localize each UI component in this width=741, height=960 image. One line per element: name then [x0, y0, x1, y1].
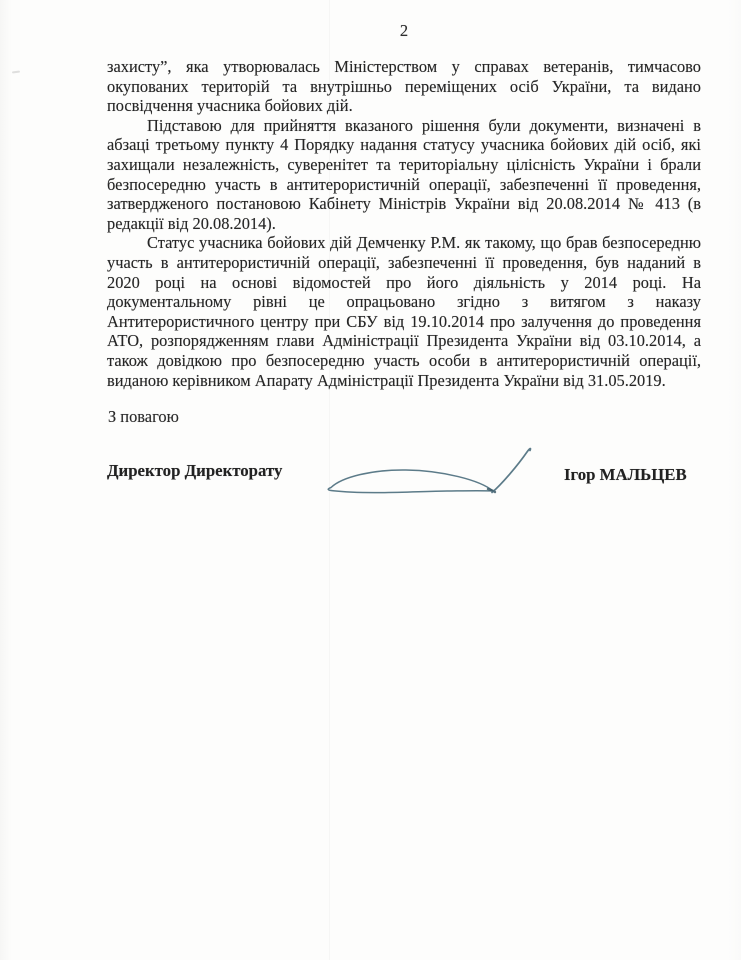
paragraph-legal-basis: Підставою для прийняття вказаного рішенн…: [107, 116, 701, 234]
signer-name: Ігор МАЛЬЦЕВ: [564, 465, 687, 485]
letter-body: захисту”, яка утворювалась Міністерством…: [107, 57, 701, 390]
signer-title: Директор Директорату: [107, 461, 282, 481]
paragraph-continuation: захисту”, яка утворювалась Міністерством…: [107, 57, 701, 116]
paragraph-status-details: Статус учасника бойових дій Демченку Р.М…: [107, 233, 701, 390]
signoff-text: З повагою: [108, 407, 179, 427]
handwritten-signature: [322, 440, 540, 502]
scanned-letter-page: 2 захисту”, яка утворювалась Міністерств…: [0, 0, 741, 960]
page-number: 2: [107, 21, 701, 41]
scan-artifact: [12, 70, 20, 73]
